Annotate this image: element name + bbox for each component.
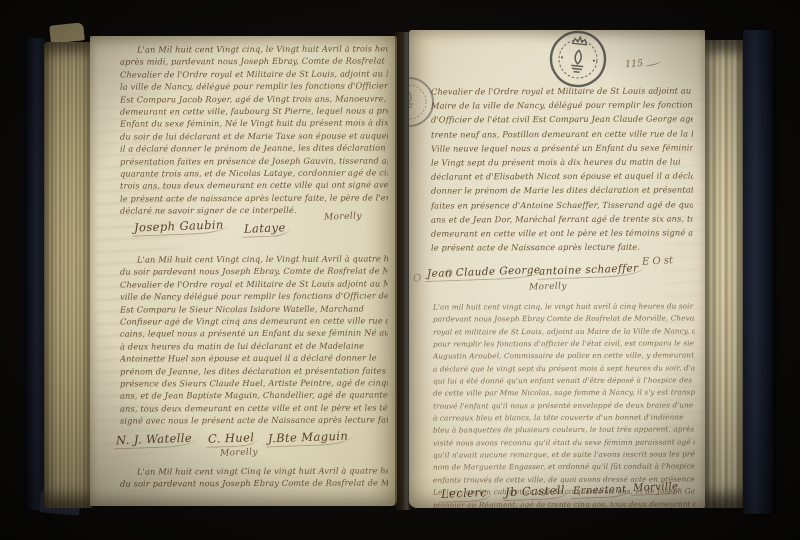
birth-act-3-text: L'an Mil huit cent vingt Cinq le vingt h… (120, 466, 388, 491)
right-page: 115 Chevalier de l'Ordre royal et Milita… (409, 30, 705, 508)
birth-act-continuation-text: Chevalier de l'Ordre royal et Militaire … (431, 86, 693, 256)
official-seal-stamp (544, 30, 612, 93)
page-edges-right (705, 40, 745, 508)
paraph-mark: E O st (642, 255, 674, 268)
folio-number: 115 (625, 57, 662, 70)
book-cover-left (24, 38, 46, 510)
left-page: L'an Mil huit cent Vingt cinq, le Vingt … (90, 36, 397, 506)
signature: antoine schaeffer (537, 262, 643, 280)
birth-act-1-text: L'an Mil huit cent Vingt cinq, le Vingt … (120, 44, 388, 217)
signature: J.Bte Maguin (266, 429, 353, 448)
page-edges-left (44, 42, 92, 508)
margin-circle-marks: O. O. (413, 266, 469, 285)
birth-act-2-text: L'an Mil huit cent Vingt cinq, le Vingt … (120, 254, 388, 427)
signature: Lataye (242, 220, 290, 238)
official-signature: Morelly (322, 211, 366, 224)
official-signature: Morelly (527, 281, 571, 294)
signature: C. Huel (206, 430, 259, 448)
book-cover-right (743, 30, 773, 514)
official-signature: Morelly (218, 447, 262, 460)
manuscript-register-photo: L'an Mil huit cent Vingt cinq, le Vingt … (0, 0, 800, 540)
worn-corner-top-left (49, 22, 85, 43)
foundling-act-text: L'an mil huit cent vingt cinq, le vingt … (433, 302, 695, 508)
signature: Joseph Gaubin (132, 217, 228, 236)
